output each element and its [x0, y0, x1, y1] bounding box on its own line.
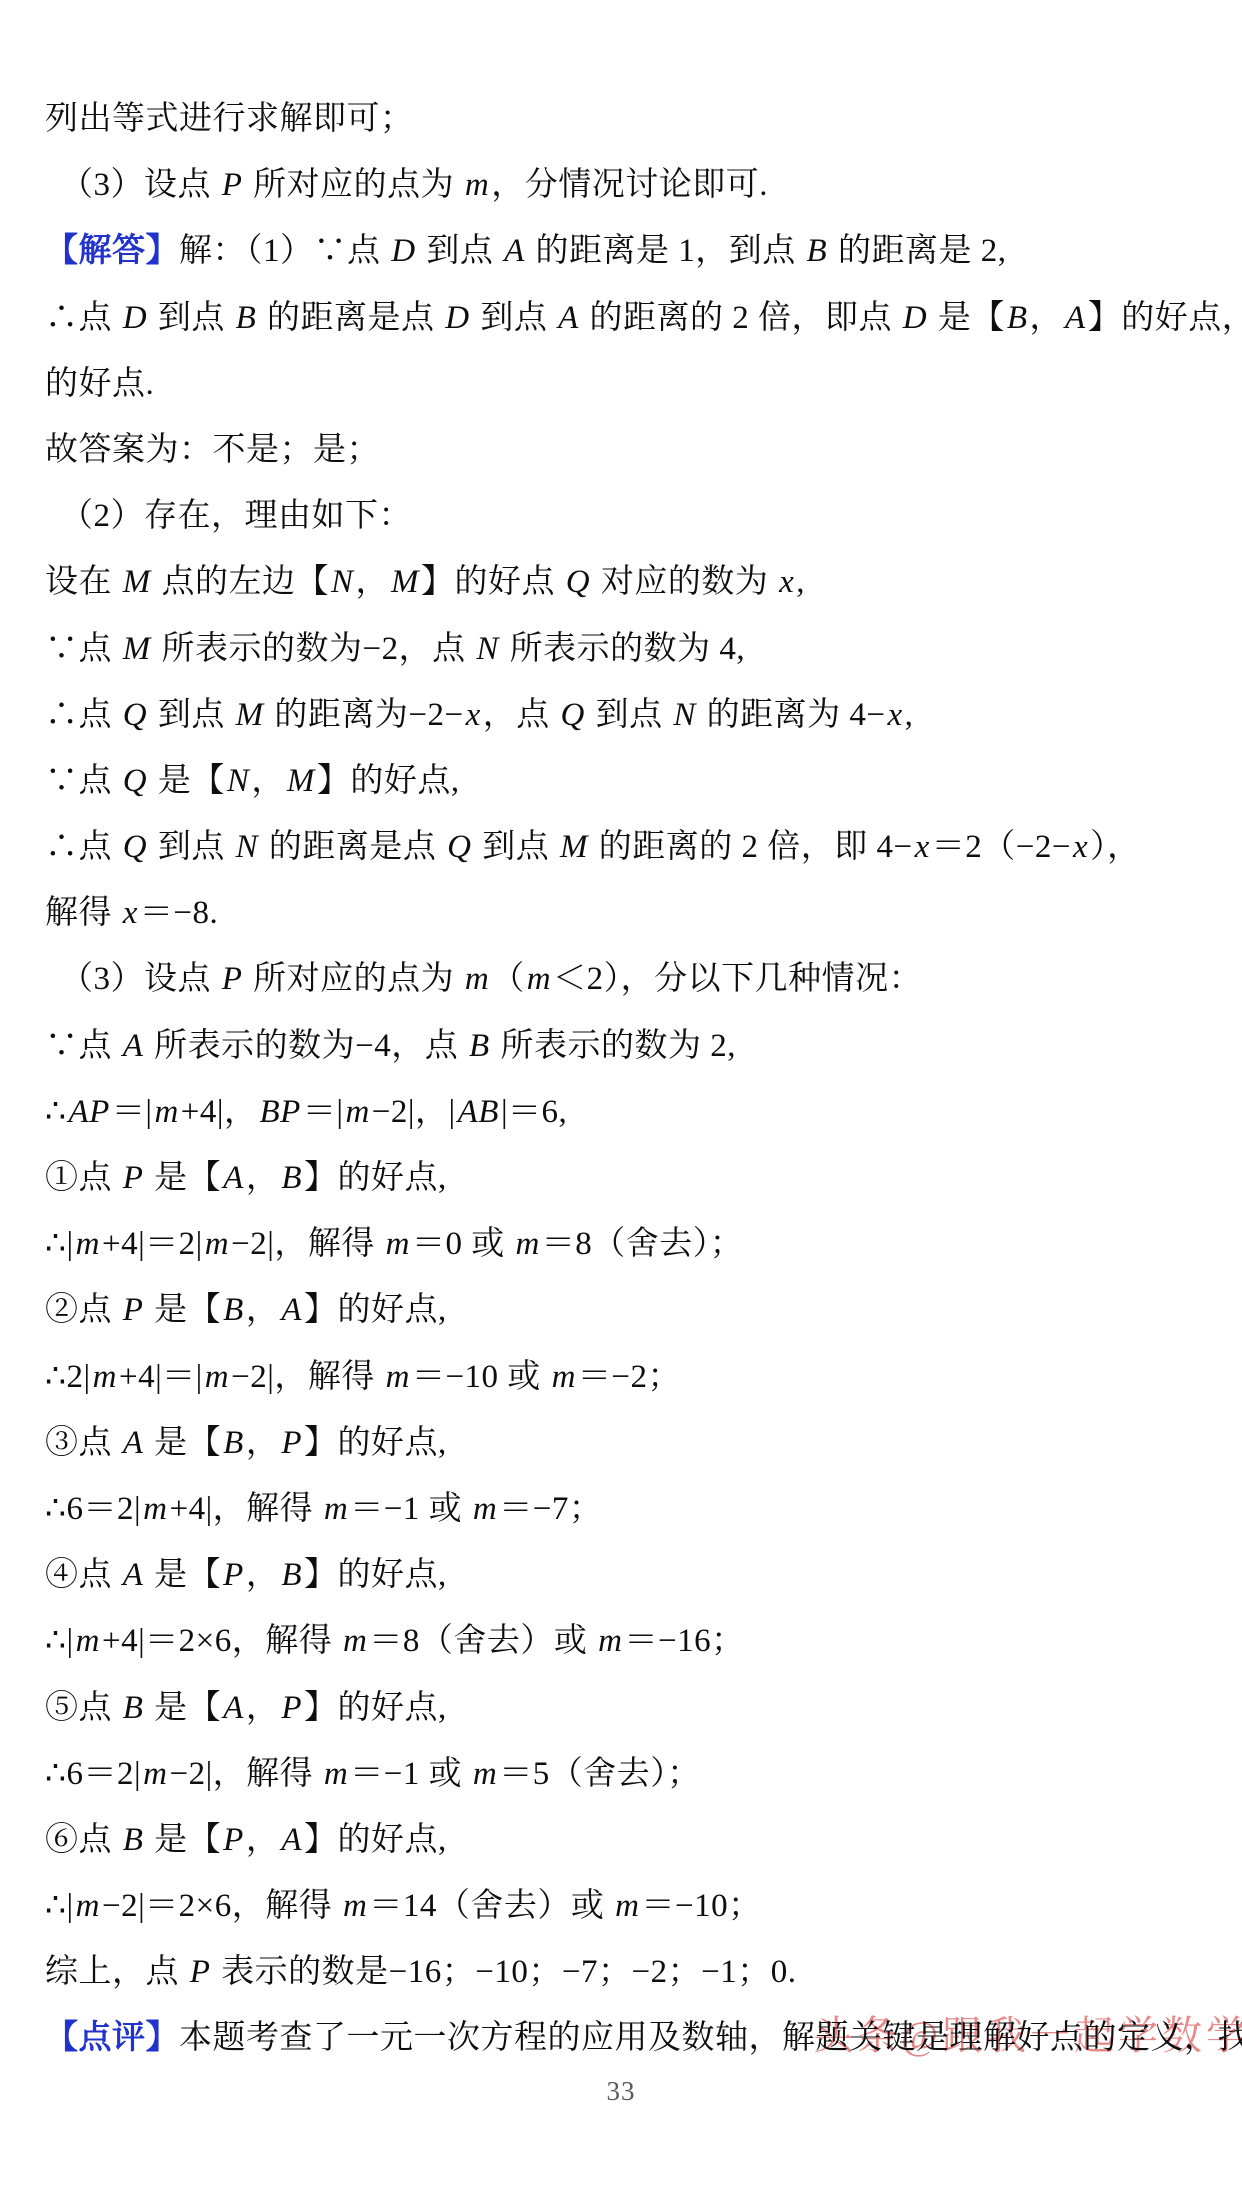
- math-variable: m: [74, 1623, 102, 1659]
- math-variable: N: [329, 564, 356, 600]
- math-variable: P: [121, 1292, 146, 1328]
- math-variable: m: [141, 1491, 169, 1527]
- math-variable: B: [121, 1690, 146, 1726]
- math-variable: m: [471, 1756, 499, 1792]
- math-variable: m: [341, 1623, 369, 1659]
- math-variable: x: [121, 895, 140, 931]
- math-variable: Q: [121, 697, 149, 733]
- math-variable: A: [502, 233, 527, 269]
- math-variable: m: [152, 1094, 180, 1130]
- math-variable: m: [513, 1226, 541, 1262]
- math-variable: P: [220, 961, 245, 997]
- math-variable: m: [74, 1226, 102, 1262]
- text-line: 设在 M 点的左边【N，M】的好点 Q 对应的数为 x,: [45, 549, 1228, 615]
- math-variable: P: [221, 1557, 246, 1593]
- text-line: ②点 P 是【B，A】的好点,: [45, 1277, 1228, 1343]
- math-variable: m: [203, 1359, 231, 1395]
- math-variable: A: [221, 1690, 246, 1726]
- math-variable: Q: [558, 697, 586, 733]
- text-line: ∴6＝2|m+4|，解得 m＝−1 或 m＝−7；: [45, 1476, 1228, 1542]
- text-line: 综上，点 P 表示的数是−16；−10；−7；−2；−1；0.: [45, 1939, 1228, 2005]
- math-variable: x: [464, 697, 483, 733]
- math-variable: A: [279, 1292, 304, 1328]
- math-variable: m: [384, 1359, 412, 1395]
- text-line: ∴AP＝|m+4|，BP＝|m−2|，|AB|＝6,: [45, 1079, 1228, 1145]
- math-variable: B: [1005, 300, 1030, 336]
- math-variable: P: [279, 1690, 304, 1726]
- math-variable: M: [121, 631, 153, 667]
- math-variable: m: [463, 961, 491, 997]
- math-variable: m: [203, 1226, 231, 1262]
- text-line: ∴点 Q 到点 N 的距离是点 Q 到点 M 的距离的 2 倍，即 4−x＝2（…: [45, 814, 1228, 880]
- section-label: 【点评】: [45, 2020, 179, 2056]
- math-variable: Q: [445, 829, 473, 865]
- document-body: 列出等式进行求解即可；（3）设点 P 所对应的点为 m，分情况讨论即可.【解答】…: [45, 86, 1228, 2072]
- math-variable: B: [805, 233, 830, 269]
- math-variable: M: [285, 763, 317, 799]
- text-line: ∵点 A 所表示的数为−4，点 B 所表示的数为 2,: [45, 1013, 1228, 1079]
- math-variable: m: [343, 1094, 371, 1130]
- math-variable: M: [121, 564, 153, 600]
- text-line: ∴点 Q 到点 M 的距离为−2−x，点 Q 到点 N 的距离为 4−x,: [45, 682, 1228, 748]
- text-line: ∴6＝2|m−2|，解得 m＝−1 或 m＝5（舍去）；: [45, 1741, 1228, 1807]
- text-line: 故答案为：不是；是；: [45, 417, 1228, 483]
- math-variable: N: [225, 763, 252, 799]
- math-variable: BP: [258, 1094, 303, 1130]
- math-variable: m: [596, 1623, 624, 1659]
- math-variable: M: [389, 564, 421, 600]
- text-line: ④点 A 是【P，B】的好点,: [45, 1542, 1228, 1608]
- math-variable: Q: [121, 829, 149, 865]
- math-variable: A: [121, 1028, 146, 1064]
- text-line: （3）设点 P 所对应的点为 m（m＜2），分以下几种情况：: [45, 946, 1228, 1012]
- math-variable: m: [613, 1888, 641, 1924]
- math-variable: m: [341, 1888, 369, 1924]
- math-variable: M: [234, 697, 266, 733]
- math-variable: D: [901, 300, 929, 336]
- math-variable: M: [558, 829, 590, 865]
- math-variable: B: [279, 1160, 304, 1196]
- math-variable: m: [141, 1756, 169, 1792]
- text-line: （3）设点 P 所对应的点为 m，分情况讨论即可.: [45, 152, 1228, 218]
- math-variable: N: [671, 697, 698, 733]
- text-line: ∴|m−2|＝2×6，解得 m＝14（舍去）或 m＝−10；: [45, 1873, 1228, 1939]
- math-variable: N: [234, 829, 261, 865]
- math-variable: m: [550, 1359, 578, 1395]
- math-variable: P: [188, 1954, 213, 1990]
- page-number: 33: [0, 2076, 1242, 2107]
- math-variable: m: [471, 1491, 499, 1527]
- text-line: ∵点 M 所表示的数为−2，点 N 所表示的数为 4,: [45, 616, 1228, 682]
- math-variable: x: [913, 829, 932, 865]
- text-line: ∴2|m+4|＝|m−2|，解得 m＝−10 或 m＝−2；: [45, 1344, 1228, 1410]
- text-line: ∴|m+4|＝2|m−2|，解得 m＝0 或 m＝8（舍去）；: [45, 1211, 1228, 1277]
- section-label: 【解答】: [45, 233, 179, 269]
- math-variable: P: [220, 167, 245, 203]
- math-variable: m: [322, 1756, 350, 1792]
- math-variable: AB: [456, 1094, 501, 1130]
- math-variable: x: [1071, 829, 1090, 865]
- math-variable: B: [221, 1425, 246, 1461]
- math-variable: N: [474, 631, 501, 667]
- math-variable: P: [121, 1160, 146, 1196]
- math-variable: B: [234, 300, 259, 336]
- math-variable: D: [389, 233, 417, 269]
- math-variable: Q: [121, 763, 149, 799]
- math-variable: B: [121, 1822, 146, 1858]
- math-variable: D: [443, 300, 471, 336]
- math-variable: A: [1063, 300, 1088, 336]
- math-variable: x: [777, 564, 796, 600]
- math-variable: D: [121, 300, 149, 336]
- math-variable: m: [74, 1888, 102, 1924]
- math-variable: P: [279, 1425, 304, 1461]
- math-variable: m: [525, 961, 553, 997]
- text-line: 列出等式进行求解即可；: [45, 86, 1228, 152]
- math-variable: AP: [67, 1094, 112, 1130]
- math-variable: m: [463, 167, 491, 203]
- text-line: （2）存在，理由如下：: [45, 483, 1228, 549]
- text-line: 解得 x＝−8.: [45, 880, 1228, 946]
- text-line: ∵点 Q 是【N，M】的好点,: [45, 748, 1228, 814]
- text-line: ③点 A 是【B，P】的好点,: [45, 1410, 1228, 1476]
- math-variable: m: [322, 1491, 350, 1527]
- math-variable: B: [279, 1557, 304, 1593]
- text-line: ∴点 D 到点 B 的距离是点 D 到点 A 的距离的 2 倍，即点 D 是【B…: [45, 285, 1228, 351]
- math-variable: A: [556, 300, 581, 336]
- math-variable: P: [221, 1822, 246, 1858]
- math-variable: B: [467, 1028, 492, 1064]
- text-line: ⑤点 B 是【A，P】的好点,: [45, 1675, 1228, 1741]
- text-line: ①点 P 是【A，B】的好点,: [45, 1145, 1228, 1211]
- text-line: 【点评】本题考查了一元一次方程的应用及数轴，解题关键是理解好点的定义，找到合适的…: [45, 2005, 1228, 2071]
- math-variable: A: [121, 1557, 146, 1593]
- text-line: 的好点.: [45, 351, 1228, 417]
- math-variable: A: [121, 1425, 146, 1461]
- text-line: 【解答】解：（1）∵点 D 到点 A 的距离是 1，到点 B 的距离是 2,: [45, 218, 1228, 284]
- math-variable: Q: [564, 564, 592, 600]
- math-variable: A: [279, 1822, 304, 1858]
- math-variable: x: [885, 697, 904, 733]
- math-variable: B: [221, 1292, 246, 1328]
- math-variable: m: [91, 1359, 119, 1395]
- text-line: ⑥点 B 是【P，A】的好点,: [45, 1807, 1228, 1873]
- math-variable: m: [384, 1226, 412, 1262]
- text-line: ∴|m+4|＝2×6，解得 m＝8（舍去）或 m＝−16；: [45, 1608, 1228, 1674]
- math-variable: A: [221, 1160, 246, 1196]
